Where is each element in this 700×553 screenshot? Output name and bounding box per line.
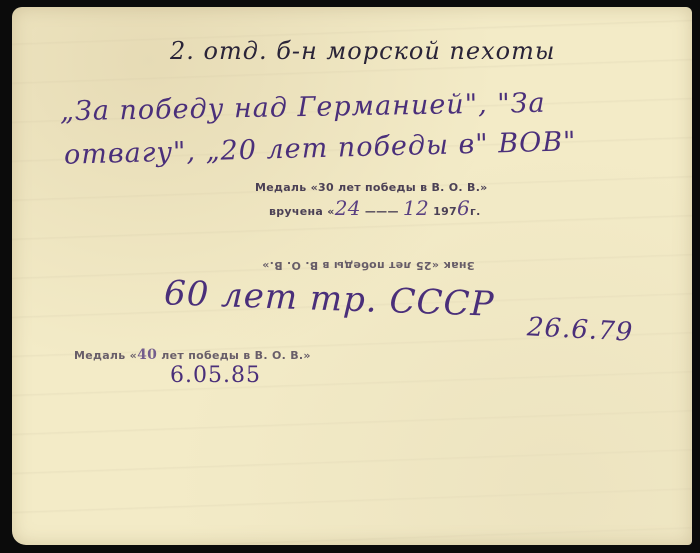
- badge-25-years-stamp-upside-down: Знак «25 лет победы в В. О. В.»: [262, 259, 475, 272]
- awarded-prefix: вручена «: [269, 205, 335, 218]
- medal-30-years-stamp-line: Медаль «30 лет победы в В. О. В.»: [255, 181, 488, 194]
- archival-document-card: 2. отд. б-н морской пехоты „За победу на…: [12, 7, 692, 545]
- jubilee-60-handwritten: 60 лет тр. СССР: [163, 273, 495, 325]
- jubilee-60-date: 26.6.79: [526, 312, 634, 348]
- medal-40-rest: лет победы в В. О. В.»: [157, 349, 311, 362]
- awards-handwritten-line-2: отвагу", „20 лет победы в" ВОВ": [64, 126, 577, 170]
- awarded-year-digit: 6: [457, 196, 470, 220]
- medal-30-awarded-date-stamp: вручена «24 ——— 12 1976г.: [269, 196, 481, 220]
- awards-handwritten-line-1: „За победу над Германией", "За: [60, 88, 546, 127]
- awarded-month: 12: [403, 196, 429, 220]
- medal-40-prefix: Медаль «: [74, 349, 137, 362]
- awarded-year-prefix: 197: [433, 205, 457, 218]
- awarded-year-end: г.: [470, 205, 481, 218]
- unit-handwritten-line: 2. отд. б-н морской пехоты: [170, 37, 555, 65]
- medal-40-number: 40: [137, 347, 157, 363]
- medal-40-date: 6.05.85: [170, 363, 261, 388]
- medal-40-years-stamp: Медаль «40 лет победы в В. О. В.»: [74, 347, 311, 363]
- awarded-day: 24: [335, 196, 361, 220]
